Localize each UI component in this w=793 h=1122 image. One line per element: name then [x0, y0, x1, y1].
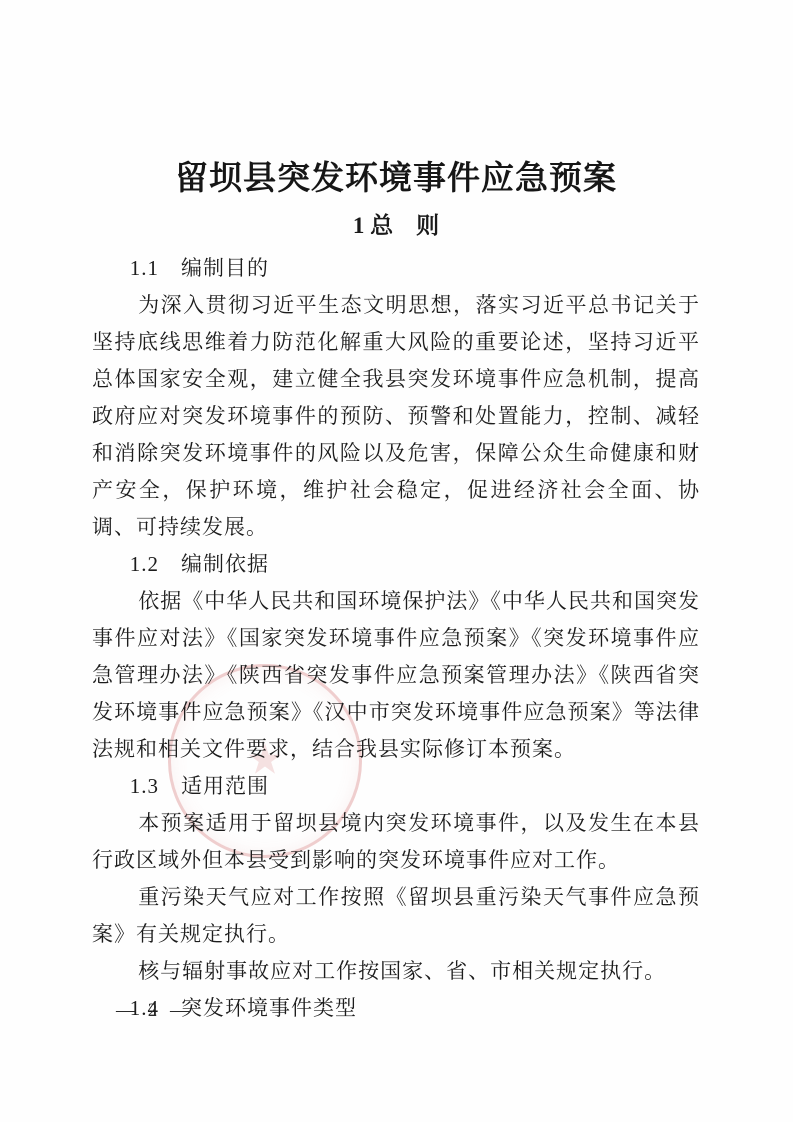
- page-number: — 2 —: [116, 1000, 193, 1022]
- section-heading-1-1: 1.1 编制目的: [92, 250, 700, 287]
- paragraph: 为深入贯彻习近平生态文明思想，落实习近平总书记关于坚持底线思维着力防范化解重大风…: [92, 287, 700, 546]
- section-1-2: 1.2 编制依据 依据《中华人民共和国环境保护法》《中华人民共和国突发事件应对法…: [92, 546, 700, 768]
- section-heading-1-2: 1.2 编制依据: [92, 546, 700, 583]
- section-1-1: 1.1 编制目的 为深入贯彻习近平生态文明思想，落实习近平总书记关于坚持底线思维…: [92, 250, 700, 546]
- document-title: 留坝县突发环境事件应急预案: [92, 158, 700, 200]
- section-heading-1-3: 1.3 适用范围: [92, 768, 700, 805]
- chapter-heading: 1 总 则: [92, 208, 700, 244]
- paragraph: 本预案适用于留坝县境内突发环境事件，以及发生在本县行政区域外但本县受到影响的突发…: [92, 805, 700, 879]
- document-page: ★ 留坝县突发环境事件应急预案 1 总 则 1.1 编制目的 为深入贯彻习近平生…: [0, 0, 793, 1122]
- paragraph: 核与辐射事故应对工作按国家、省、市相关规定执行。: [92, 953, 700, 990]
- paragraph: 依据《中华人民共和国环境保护法》《中华人民共和国突发事件应对法》《国家突发环境事…: [92, 583, 700, 768]
- section-1-3: 1.3 适用范围 本预案适用于留坝县境内突发环境事件，以及发生在本县行政区域外但…: [92, 768, 700, 990]
- document-content: 留坝县突发环境事件应急预案 1 总 则 1.1 编制目的 为深入贯彻习近平生态文…: [92, 158, 700, 1027]
- paragraph: 重污染天气应对工作按照《留坝县重污染天气事件应急预案》有关规定执行。: [92, 879, 700, 953]
